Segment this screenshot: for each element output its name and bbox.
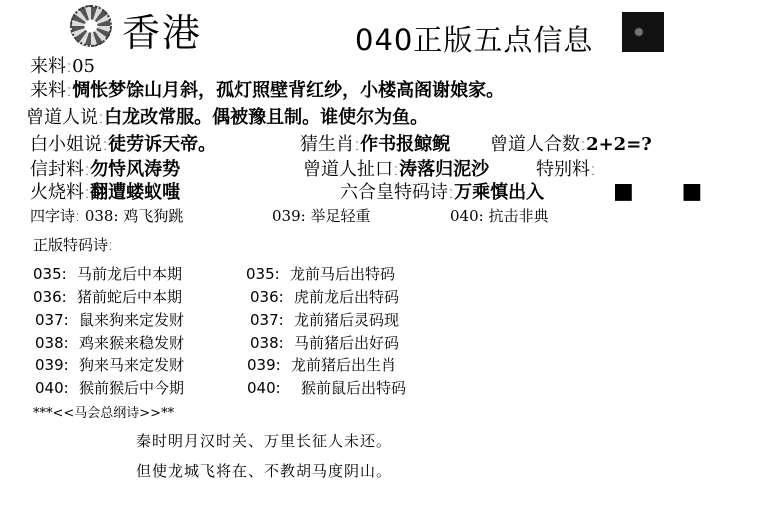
code-num: 036: (250, 288, 294, 306)
decorative-dots: ■ ■ (613, 178, 722, 204)
code-right-row-3: 038:马前猪后出好码 (250, 332, 399, 353)
code-text: 龙前猪后灵码现 (294, 311, 399, 329)
code-text: 马前猪后出好码 (294, 334, 399, 352)
guess-zodiac-value: 作书报鲸鲵 (360, 134, 450, 155)
hong-kong-emblem-icon (70, 5, 112, 47)
source-poem-line: 来料:惆怅梦馀山月斜，孤灯照壁背红纱，小楼高阁谢娘家。 (30, 76, 504, 102)
four-char-poem-line: 四字诗: 038: 鸡飞狗跳 (30, 205, 183, 226)
zeng-daoren-line: 曾道人说:白龙改常服。偶被豫且制。谁使尔为鱼。 (26, 103, 428, 129)
code-text: 猴前鼠后出特码 (301, 379, 406, 397)
four-char-num-1: 039: (272, 207, 306, 225)
four-char-text-2: 抗击非典 (488, 207, 548, 225)
four-char-item-2: 040: 抗击非典 (450, 205, 548, 226)
four-char-item-1: 039: 举足轻重 (272, 205, 370, 226)
bai-xiaojie-value: 徒劳诉天帝。 (108, 134, 216, 155)
fire-material-label: 火烧料: (30, 182, 90, 203)
source-poem-value: 惆怅梦馀山月斜，孤灯照壁背红纱，小楼高阁谢娘家。 (72, 80, 504, 101)
code-left-row-1: 036:猪前蛇后中本期 (33, 286, 182, 307)
code-left-row-2: 037:鼠来狗来定发财 (35, 309, 184, 330)
zeng-daoren-value: 白龙改常服。偶被豫且制。谁使尔为鱼。 (104, 107, 428, 128)
code-num: 039: (35, 356, 79, 374)
fire-material-line: 火烧料:翻遭蝼蚁嗤 (30, 178, 180, 204)
source-number-line: 来料:05 (30, 52, 95, 78)
code-text: 鸡来猴来稳发财 (79, 334, 184, 352)
code-text: 狗来马来定发财 (79, 356, 184, 374)
four-char-poem-label: 四字诗: (30, 207, 80, 225)
code-left-row-0: 035:马前龙后中本期 (33, 263, 182, 284)
code-num: 037: (35, 311, 79, 329)
dark-square-badge-icon (622, 12, 664, 52)
code-left-row-3: 038:鸡来猴来稳发财 (35, 332, 184, 353)
code-text: 龙前马后出特码 (290, 265, 395, 283)
code-num: 035: (33, 265, 77, 283)
bai-xiaojie-line: 白小姐说:徒劳诉天帝。 (30, 130, 216, 156)
zeng-daoren-label: 曾道人说: (26, 107, 104, 128)
guess-zodiac-label: 猜生肖: (300, 134, 360, 155)
code-left-row-4: 039:狗来马来定发财 (35, 354, 184, 375)
code-num: 040: (247, 379, 301, 397)
liuhe-poem-line: 六合皇特码诗:万乘慎出入 (340, 178, 544, 204)
issue-title: 040正版五点信息 (355, 18, 593, 59)
four-char-num-0: 038: (85, 207, 119, 225)
code-text: 马前龙后中本期 (77, 265, 182, 283)
bai-xiaojie-label: 白小姐说: (30, 134, 108, 155)
code-num: 038: (250, 334, 294, 352)
zeng-combo-value: 2+2=? (586, 134, 652, 155)
code-num: 037: (250, 311, 294, 329)
zeng-combo-line: 曾道人合数:2+2=? (490, 130, 652, 156)
code-right-row-1: 036:虎前龙后出特码 (250, 286, 399, 307)
page-title: 香港 (122, 2, 202, 57)
fire-material-value: 翻遭蝼蚁嗤 (90, 182, 180, 203)
source-number-label: 来料: (30, 56, 72, 77)
code-text: 虎前龙后出特码 (294, 288, 399, 306)
guess-zodiac-line: 猜生肖:作书报鲸鲵 (300, 130, 450, 156)
master-poem-line-2: 但使龙城飞将在、不教胡马度阴山。 (136, 460, 392, 481)
zeng-combo-label: 曾道人合数: (490, 134, 586, 155)
master-poem-heading: ***<<马会总纲诗>>** (33, 402, 174, 421)
master-poem-line-1: 秦时明月汉时关、万里长征人未还。 (136, 430, 392, 451)
code-right-row-5: 040:猴前鼠后出特码 (247, 377, 406, 398)
liuhe-poem-value: 万乘慎出入 (454, 182, 544, 203)
code-right-row-2: 037:龙前猪后灵码现 (250, 309, 399, 330)
liuhe-poem-label: 六合皇特码诗: (340, 182, 454, 203)
code-num: 039: (247, 356, 291, 374)
source-poem-label: 来料: (30, 80, 72, 101)
special-code-heading: 正版特码诗: (33, 234, 113, 255)
code-num: 038: (35, 334, 79, 352)
code-right-row-4: 039:龙前猪后出生肖 (247, 354, 396, 375)
letter-material-label: 信封料: (30, 159, 90, 180)
special-material-label: 特别料: (536, 159, 596, 180)
special-material-line: 特别料: (536, 155, 596, 181)
code-text: 龙前猪后出生肖 (291, 356, 396, 374)
four-char-text-0: 鸡飞狗跳 (123, 207, 183, 225)
four-char-text-1: 举足轻重 (310, 207, 370, 225)
zeng-prompt-value: 涛落归泥沙 (399, 159, 489, 180)
code-text: 猴前猴后中今期 (79, 379, 184, 397)
source-number-value: 05 (72, 56, 95, 77)
code-num: 035: (246, 265, 290, 283)
code-left-row-5: 040:猴前猴后中今期 (35, 377, 184, 398)
code-num: 036: (33, 288, 77, 306)
code-right-row-0: 035:龙前马后出特码 (246, 263, 395, 284)
code-text: 鼠来狗来定发财 (79, 311, 184, 329)
zeng-prompt-label: 曾道人扯口: (303, 159, 399, 180)
four-char-num-2: 040: (450, 207, 484, 225)
code-num: 040: (35, 379, 79, 397)
letter-material-value: 勿恃风涛势 (90, 159, 180, 180)
code-text: 猪前蛇后中本期 (77, 288, 182, 306)
